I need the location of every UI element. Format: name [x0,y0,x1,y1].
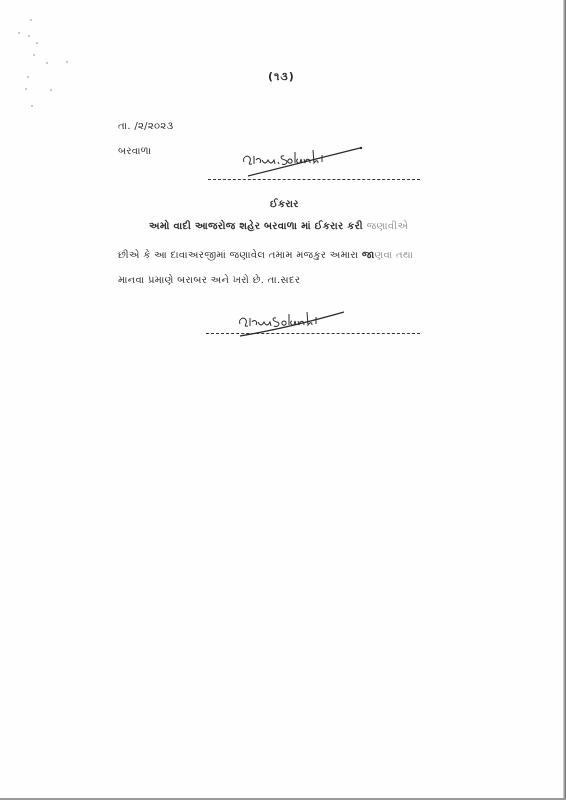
paragraph-line-1: અમો વાદી આજરોજ શહેર બરવાળા માં ઈકરાર કરી… [149,221,408,232]
paragraph-line-2: છીએ કે આ દાવાઅરજીમાં જણાવેલ તમામ મજકુર અ… [118,250,413,261]
paragraph-line-3: માનવા પ્રમાણે બરાબર અને ખરો છે. તા.સદર [118,275,300,286]
scan-speck [30,19,32,21]
scan-speck [46,62,48,64]
paragraph-line-1-text: અમો વાદી આજરોજ શહેર બરવાળા માં ઈકરાર કરી [149,221,367,232]
signature-line-top [208,179,420,180]
paragraph-line-2-faded: ણવા તથા [374,250,413,261]
scan-speck [66,61,68,63]
scan-speck [36,42,38,44]
scan-speck [28,35,30,37]
paragraph-line-2-bold: જા [362,250,375,261]
scan-speck [50,89,52,91]
signature-bottom [236,302,366,346]
scan-speck [18,32,20,34]
scan-speck [31,105,33,107]
scan-speck [27,76,29,78]
signature-top [240,140,370,184]
scan-speck [25,88,27,90]
paragraph-line-2-text: છીએ કે આ દાવાઅરજીમાં જણાવેલ તમામ મજકુર અ… [118,250,362,261]
scan-speck [33,54,35,56]
document-heading: ઈકરાર [270,199,299,210]
page-number: (૧૩) [268,70,295,84]
document-page: (૧૩) તા. /૨/૨૦૨૩ બરવાળા ઈકરાર અમો વાદી આ… [0,0,566,800]
paragraph-line-1-faded: જણાવીએ [367,221,408,232]
signature-line-bottom [206,333,420,334]
place-name: બરવાળા [118,146,151,157]
date-line: તા. /૨/૨૦૨૩ [118,121,173,132]
